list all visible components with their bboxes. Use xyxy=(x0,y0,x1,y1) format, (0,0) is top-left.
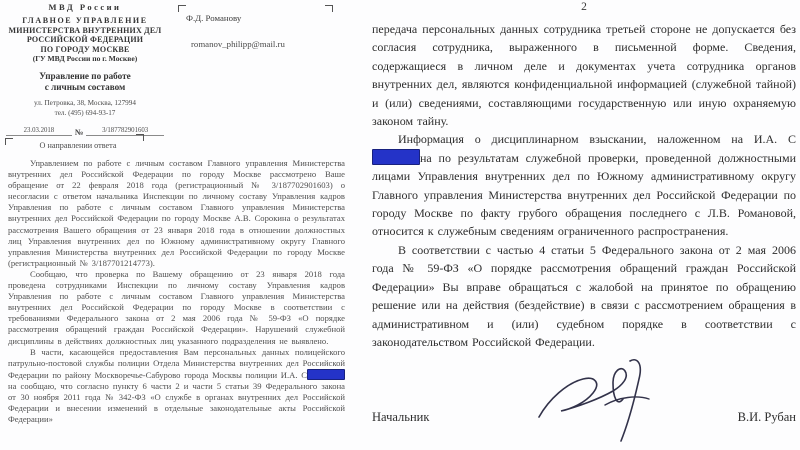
paragraph: Управлением по работе с личным составом … xyxy=(8,158,345,269)
letterhead-org-line: МИНИСТЕРСТВА ВНУТРЕННИХ ДЕЛ xyxy=(6,26,164,36)
outgoing-number: 3/187782901603 xyxy=(86,127,164,136)
letterhead-dept-line: Управление по работе xyxy=(6,71,164,82)
letterhead-phone: тел. (495) 694-93-17 xyxy=(6,109,164,119)
letterhead-dept-line: с личным составом xyxy=(6,82,164,93)
letterhead-org-line: ГЛАВНОЕ УПРАВЛЕНИЕ xyxy=(6,16,164,26)
subject-line: О направлении ответа xyxy=(22,141,134,150)
paragraph: В части, касающейся предоставления Вам п… xyxy=(8,347,345,426)
scanned-letter: МВД России ГЛАВНОЕ УПРАВЛЕНИЕ МИНИСТЕРСТ… xyxy=(0,0,800,450)
letter-page-1: МВД России ГЛАВНОЕ УПРАВЛЕНИЕ МИНИСТЕРСТ… xyxy=(0,0,365,450)
paragraph-text: на по результатам служебной проверки, пр… xyxy=(372,151,796,239)
signer-position: Начальник xyxy=(372,410,429,425)
letterhead-contact: ул. Петровка, 38, Москва, 127994 тел. (4… xyxy=(6,99,164,118)
recipient-email: romanov_philipp@mail.ru xyxy=(191,39,285,49)
letterhead-org-line: РОССИЙСКОЙ ФЕДЕРАЦИИ xyxy=(6,35,164,45)
letter-page-2: 2 передача персональных данных сотрудник… xyxy=(365,0,800,450)
redaction-box xyxy=(307,369,345,380)
letterhead-address: ул. Петровка, 38, Москва, 127994 xyxy=(6,99,164,109)
paragraph: передача персональных данных сотрудника … xyxy=(372,20,796,130)
paragraph-text: Информация о дисциплинарном взыскании, н… xyxy=(398,132,796,146)
recipient-name: Ф.Д. Романову xyxy=(186,13,241,23)
letterhead-org-line: ПО ГОРОДУ МОСКВЕ xyxy=(6,45,164,55)
paragraph-text: В части, касающейся предоставления Вам п… xyxy=(8,347,345,380)
number-sign: № xyxy=(75,127,84,137)
letterhead: МВД России ГЛАВНОЕ УПРАВЛЕНИЕ МИНИСТЕРСТ… xyxy=(6,2,164,136)
subject-corner-mark-right xyxy=(136,134,144,141)
letterhead-org-abbr: (ГУ МВД России по г. Москве) xyxy=(6,54,164,64)
handwritten-signature xyxy=(533,355,673,445)
subject-corner-mark-left xyxy=(5,138,13,145)
letterhead-ministry: МВД России xyxy=(6,2,164,13)
paragraph: Информация о дисциплинарном взыскании, н… xyxy=(372,130,796,240)
page2-body-text: передача персональных данных сотрудника … xyxy=(372,20,796,351)
paragraph: Сообщаю, что проверка по Вашему обращени… xyxy=(8,269,345,347)
letterhead-department: Управление по работе с личным составом xyxy=(6,71,164,93)
paragraph: В соответствии с частью 4 статьи 5 Федер… xyxy=(372,241,796,351)
paragraph-text: на сообщаю, что согласно пункту 6 части … xyxy=(8,381,345,424)
redaction-box xyxy=(372,149,420,165)
signer-name: В.И. Рубан xyxy=(738,410,796,425)
letter-date: 23.03.2018 xyxy=(6,127,72,136)
page1-body-text: Управлением по работе с личным составом … xyxy=(8,158,345,425)
page-number: 2 xyxy=(372,1,796,13)
address-corner-mark-left xyxy=(178,5,186,12)
signoff-row: Начальник В.И. Рубан xyxy=(372,410,796,425)
address-corner-mark-right xyxy=(325,5,333,12)
